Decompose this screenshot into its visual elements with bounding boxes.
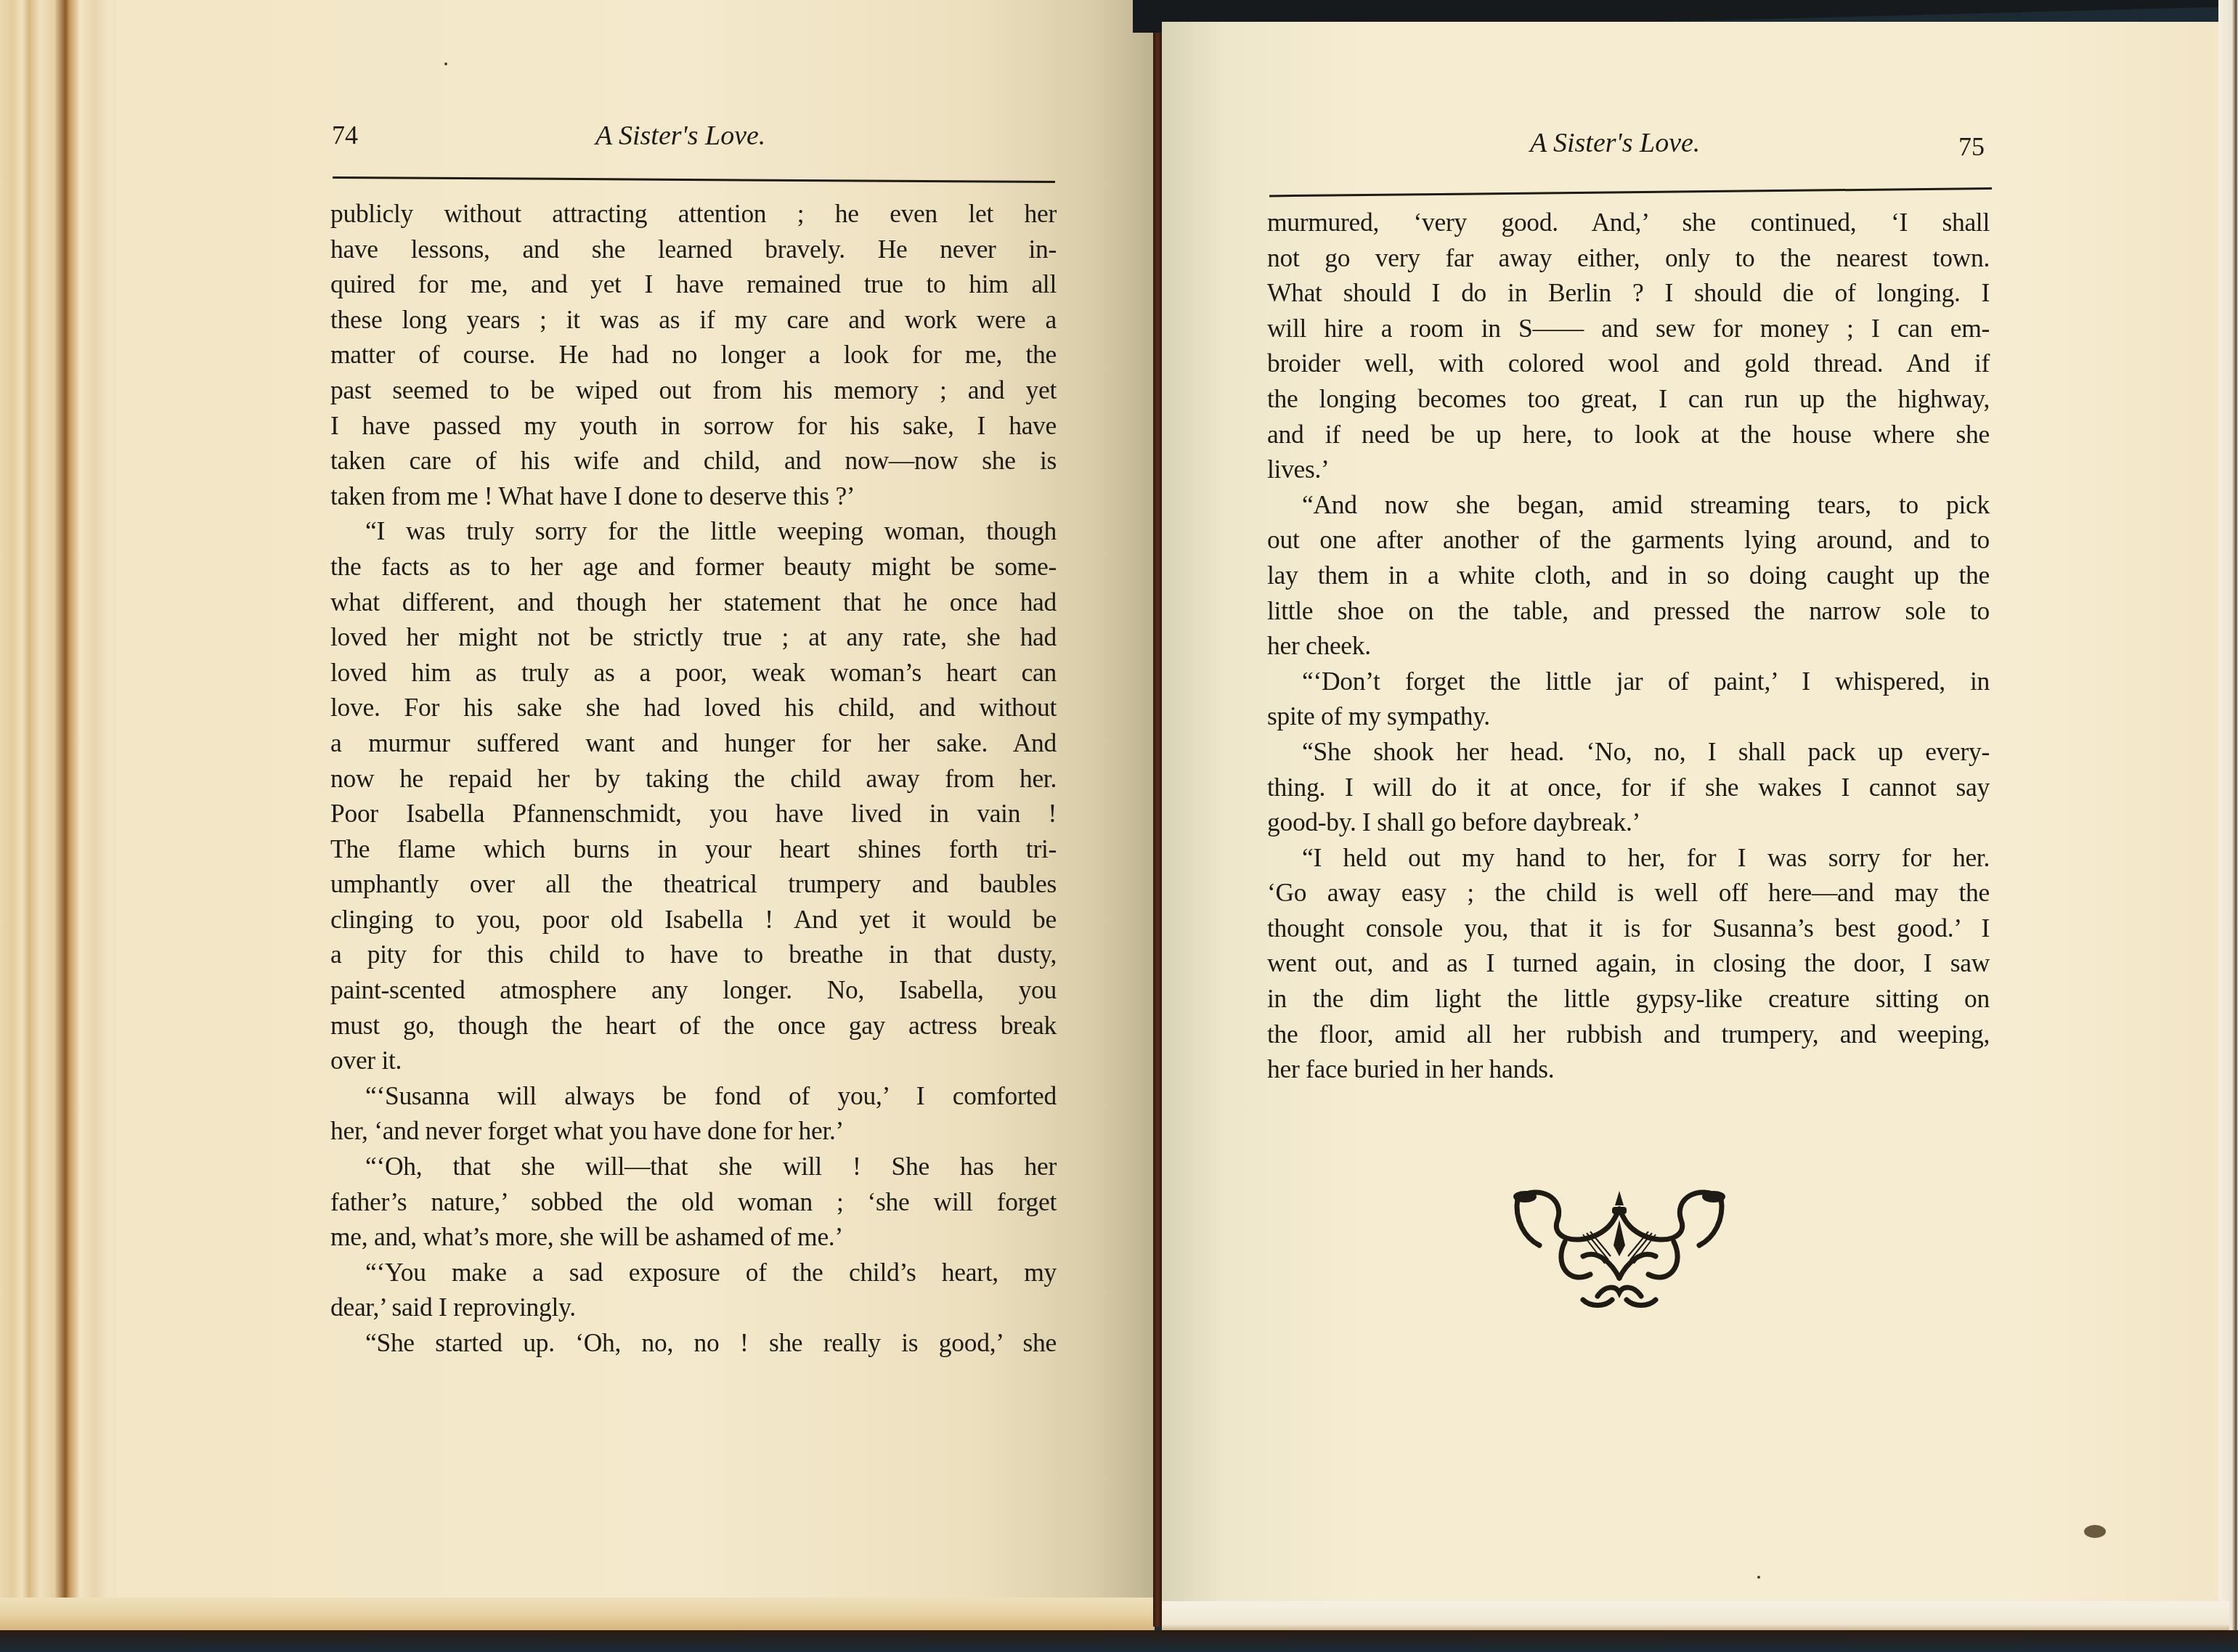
text-line: the longing becomes too great, I can run… [1267,381,1990,417]
text-line: ‘Go away easy ; the child is well off he… [1267,875,1990,911]
text-line: father’s nature,’ sobbed the old woman ;… [330,1184,1057,1220]
left-page-text: publicly without attracting attention ; … [330,196,1057,1361]
text-line: publicly without attracting attention ; … [330,196,1057,232]
text-line: “‘Oh, that she will—that she will ! She … [330,1149,1057,1184]
page-number-left: 74 [332,120,358,150]
text-line: thing. I will do it at once, for if she … [1267,770,1990,805]
right-page-bottom-edge [1162,1601,2229,1634]
text-line: over it. [330,1043,1057,1078]
text-line: quired for me, and yet I have remained t… [330,266,1057,302]
text-line: Poor Isabella Pfannenschmidt, you have l… [330,796,1057,831]
text-line: murmured, ‘very good. And,’ she continue… [1267,205,1990,240]
text-line: went out, and as I turned again, in clos… [1267,945,1990,981]
right-page-edge [2218,0,2238,1630]
running-title-left: A Sister's Love. [595,120,765,152]
text-line: “And now she began, amid streaming tears… [1267,487,1990,523]
text-line: thought console you, that it is for Susa… [1267,911,1990,946]
left-running-head: 74 A Sister's Love. [330,120,1057,163]
text-line: taken care of his wife and child, and no… [330,443,1057,479]
open-book-spread: 74 A Sister's Love. publicly without att… [0,0,2238,1652]
text-line: a murmur suffered want and hunger for he… [330,725,1057,761]
text-line: “I held out my hand to her, for I was so… [1267,840,1990,876]
text-line: “She started up. ‘Oh, no, no ! she reall… [330,1325,1057,1361]
text-line: these long years ; it was as if my care … [330,302,1057,338]
text-line: a pity for this child to have to breathe… [330,937,1057,972]
text-line: spite of my sympathy. [1267,699,1990,734]
text-line: and if need be up here, to look at the h… [1267,417,1990,452]
text-line: lives.’ [1267,452,1990,487]
text-line: her face buried in her hands. [1267,1051,1990,1087]
paper-speck [1757,1576,1760,1579]
text-line: What should I do in Berlin ? I should di… [1267,275,1990,311]
text-line: not go very far away either, only to the… [1267,240,1990,276]
text-line: me, and, what’s more, she will be ashame… [330,1219,1057,1255]
page-number-right: 75 [1958,131,1985,162]
background-bottom [0,1630,2238,1652]
text-line: the facts as to her age and former beaut… [330,549,1057,585]
tailpiece-ornament-icon [1496,1176,1743,1314]
text-line: “She shook her head. ‘No, no, I shall pa… [1267,734,1990,770]
text-line: dear,’ said I reprovingly. [330,1290,1057,1325]
text-line: out one after another of the garments ly… [1267,522,1990,558]
text-line: the floor, amid all her rubbish and trum… [1267,1017,1990,1052]
text-line: will hire a room in S—— and sew for mone… [1267,311,1990,346]
left-page-bottom-edge [0,1598,1155,1630]
text-line: “‘You make a sad exposure of the child’s… [330,1255,1057,1290]
running-title-right: A Sister's Love. [1530,127,1700,159]
book-spine-gutter [1153,0,1162,1627]
page-stack-edges [0,0,127,1634]
text-line: lay them in a white cloth, and in so doi… [1267,558,1990,593]
text-line: clinging to you, poor old Isabella ! And… [330,902,1057,937]
paper-speck [2084,1525,2106,1538]
text-line: I have passed my youth in sorrow for his… [330,408,1057,444]
text-line: The flame which burns in your heart shin… [330,831,1057,867]
text-line: love. For his sake she had loved his chi… [330,690,1057,725]
text-line: good-by. I shall go before daybreak.’ [1267,805,1990,840]
text-line: “I was truly sorry for the little weepin… [330,513,1057,549]
text-line: matter of course. He had no longer a loo… [330,337,1057,373]
text-line: loved him as truly as a poor, weak woman… [330,655,1057,691]
text-line: her cheek. [1267,628,1990,664]
text-line: loved her might not be strictly true ; a… [330,619,1057,655]
text-line: now he repaid her by taking the child aw… [330,761,1057,797]
paper-speck [444,62,447,65]
text-line: past seemed to be wiped out from his mem… [330,373,1057,408]
text-line: broider well, with colored wool and gold… [1267,346,1990,381]
right-running-head: A Sister's Love. 75 [1267,127,1993,171]
text-line: “‘Susanna will always be fond of you,’ I… [330,1078,1057,1114]
right-page-text: murmured, ‘very good. And,’ she continue… [1267,205,1990,1087]
text-line: little shoe on the table, and pressed th… [1267,593,1990,629]
text-line: “‘Don’t forget the little jar of paint,’… [1267,664,1990,699]
text-line: must go, though the heart of the once ga… [330,1008,1057,1043]
text-line: umphantly over all the theatrical trumpe… [330,866,1057,902]
text-line: taken from me ! What have I done to dese… [330,479,1057,514]
text-line: what different, and though her statement… [330,585,1057,620]
text-line: paint-scented atmosphere any longer. No,… [330,972,1057,1008]
text-line: have lessons, and she learned bravely. H… [330,232,1057,267]
text-line: in the dim light the little gypsy-like c… [1267,981,1990,1017]
text-line: her, ‘and never forget what you have don… [330,1113,1057,1149]
